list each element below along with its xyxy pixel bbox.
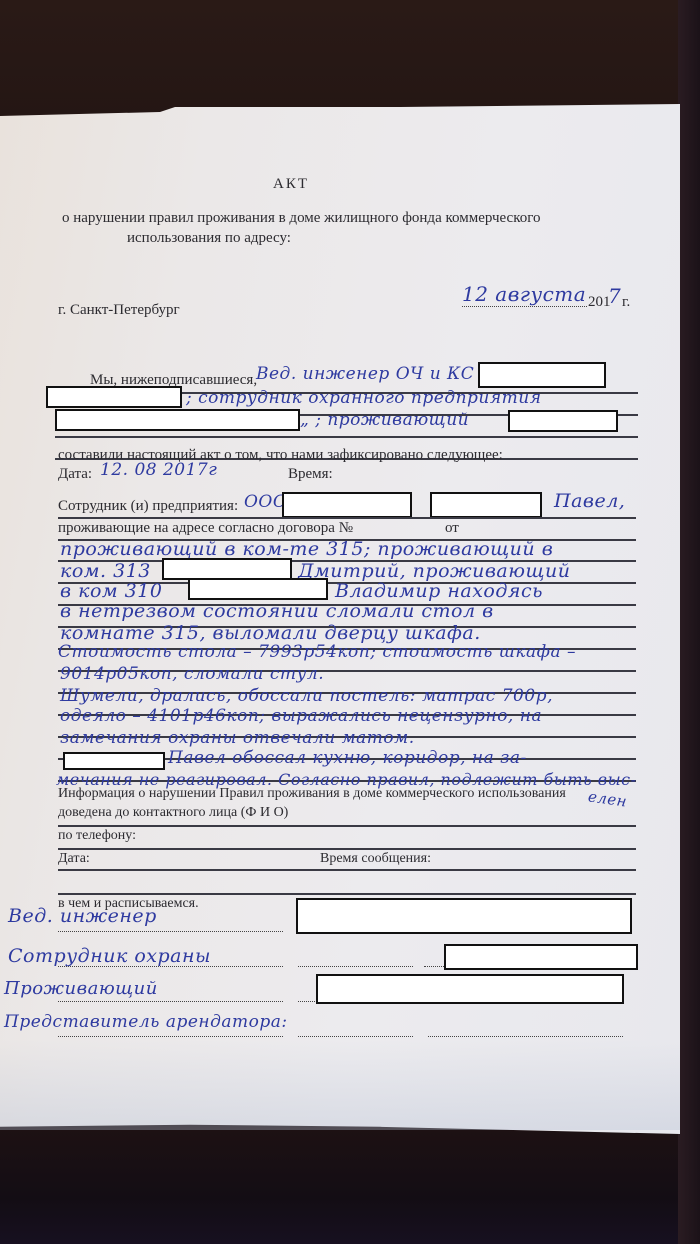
form-line xyxy=(55,436,638,438)
background-surface-top xyxy=(0,0,700,120)
signature-line xyxy=(58,1001,283,1002)
background-surface-right xyxy=(678,0,700,1244)
redaction-box xyxy=(188,578,328,600)
redaction-box xyxy=(162,558,292,580)
body-line-2a: ком. 313 xyxy=(60,560,151,582)
document-title: АКТ xyxy=(273,176,309,193)
info-label-line2: доведена до контактного лица (Ф И О) xyxy=(58,805,288,821)
body-line-7: 9014р05коп, сломали стул. xyxy=(60,664,324,684)
employee-label: Сотрудник (и) предприятия: xyxy=(58,498,238,515)
form-line xyxy=(58,869,636,871)
phone-label: по телефону: xyxy=(58,828,136,844)
message-time-label: Время сообщения: xyxy=(320,851,431,867)
date-underline xyxy=(462,306,587,307)
redaction-box xyxy=(55,409,300,431)
body-line-2b: Дмитрий, проживающий xyxy=(298,560,570,582)
body-line-1: проживающий в ком-те 315; проживающий в xyxy=(60,538,553,560)
body-line-8: Шумели, дрались, обоссали постель: матра… xyxy=(60,686,553,706)
date2-label: Дата: xyxy=(58,851,90,867)
city: г. Санкт-Петербург xyxy=(58,302,180,319)
redaction-box xyxy=(508,410,618,432)
body-line-3a: в ком 310 xyxy=(60,580,162,602)
body-line-10: замечания охраны отвечали матом. xyxy=(60,728,415,748)
signatory-1: Вед. инженер xyxy=(8,905,157,927)
redaction-box xyxy=(296,898,632,934)
signature-line xyxy=(58,1036,283,1037)
signature-line xyxy=(58,931,283,932)
body-line-11: Павел обоссал кухню, коридор, на за- xyxy=(168,748,527,768)
form-line xyxy=(58,893,636,895)
signature-line xyxy=(298,1036,413,1037)
body-line-9: одеяло – 4101р46коп; выражались нецензур… xyxy=(60,706,542,726)
redaction-box xyxy=(430,492,542,518)
background-surface-bottom xyxy=(0,1130,700,1244)
redaction-box xyxy=(282,492,412,518)
body-line-5: комнате 315, выломали дверцу шкафа. xyxy=(60,622,481,644)
body-line-6: Стоимость стола – 7993р54коп; стоимость … xyxy=(58,642,576,662)
form-line xyxy=(58,517,636,519)
signatory-4: Представитель арендатора: xyxy=(4,1012,288,1032)
residing-label: проживающие на адресе согласно договора … xyxy=(58,520,353,537)
year-handwritten: 7 xyxy=(608,284,621,308)
signature-line xyxy=(58,966,283,967)
paper-shadow xyxy=(0,1040,680,1130)
body-line-3b: Владимир находясь xyxy=(335,580,543,602)
year-suffix: г. xyxy=(622,294,630,311)
redaction-box xyxy=(63,752,165,770)
signatory-2: Сотрудник охраны xyxy=(8,945,211,967)
document-subtitle-line2: использования по адресу: xyxy=(127,230,291,247)
form-line xyxy=(58,825,636,827)
time-label: Время: xyxy=(288,466,333,483)
redaction-box xyxy=(46,386,182,408)
redaction-box xyxy=(478,362,606,388)
undersigned-hand-2: ; сотрудник охранного предприятия xyxy=(186,388,541,408)
redaction-box xyxy=(316,974,624,1004)
employee-hand-name: Павел, xyxy=(554,490,625,512)
info-label-line1: Информация о нарушении Правил проживания… xyxy=(58,786,566,802)
date-value: 12. 08 2017г xyxy=(100,460,217,480)
signature-line xyxy=(298,966,413,967)
document-subtitle-line1: о нарушении правил проживания в доме жил… xyxy=(62,210,541,227)
undersigned-hand-3: „ ; проживающий xyxy=(300,410,469,430)
date-label: Дата: xyxy=(58,466,92,483)
date-handwritten: 12 августа xyxy=(462,282,586,306)
signatory-3: Проживающий xyxy=(4,978,158,999)
body-line-4: в нетрезвом состоянии сломали стол в xyxy=(60,600,494,622)
signature-line xyxy=(428,1036,623,1037)
form-line xyxy=(58,848,636,850)
redaction-box xyxy=(444,944,638,970)
from-label: от xyxy=(445,520,459,537)
